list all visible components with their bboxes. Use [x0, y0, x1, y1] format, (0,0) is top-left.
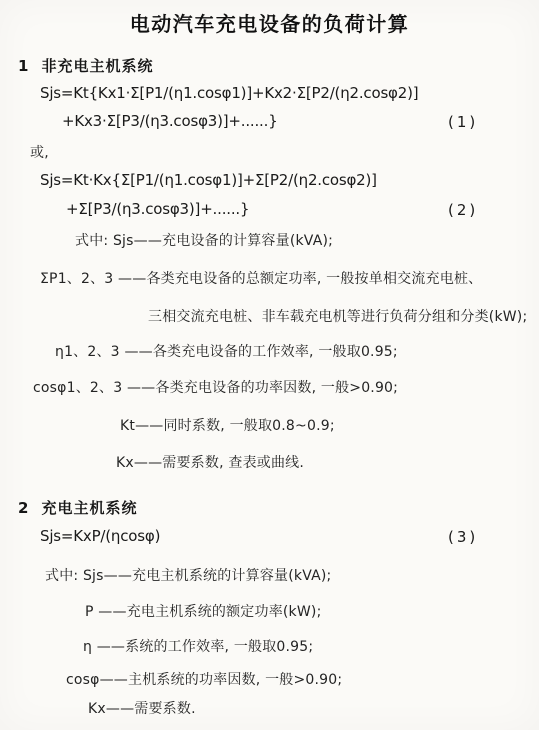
definition-sjs-1: 式中: Sjs——充电设备的计算容量(kVA); — [75, 230, 333, 250]
formula-1-label: (1) — [448, 113, 478, 131]
formula-1-line-2: +Kx3·Σ[P3/(η3.cosφ3)]+......} — [62, 112, 278, 130]
section-2-heading: 2充电主机系统 — [18, 497, 137, 518]
formula-3: Sjs=KxP/(ηcosφ) — [40, 527, 160, 545]
definition-cosphi-2: cosφ——主机系统的功率因数, 一般>0.90; — [66, 669, 342, 689]
page-title: 电动汽车充电设备的负荷计算 — [0, 8, 539, 37]
definition-cosphi-1: cosφ1、2、3 ——各类充电设备的功率因数, 一般>0.90; — [33, 377, 398, 397]
definition-kt: Kt——同时系数, 一般取0.8~0.9; — [120, 415, 335, 435]
section-1-heading-text: 非充电主机系统 — [41, 57, 153, 75]
definition-sigma-p-line-2: 三相交流充电桩、非车载充电机等进行负荷分组和分类(kW); — [148, 306, 527, 326]
definition-eta-2: η ——系统的工作效率, 一般取0.95; — [83, 636, 313, 656]
section-1-number: 1 — [18, 57, 29, 75]
section-2-heading-text: 充电主机系统 — [41, 499, 137, 517]
formula-3-label: (3) — [448, 528, 478, 546]
definition-sigma-p-line-1: ΣP1、2、3 ——各类充电设备的总额定功率, 一般按单相交流充电桩、 — [40, 268, 482, 288]
or-text: 或, — [30, 142, 49, 162]
definition-kx-2: Kx——需要系数. — [88, 698, 196, 718]
formula-2-label: (2) — [448, 201, 478, 219]
definition-kx-1: Kx——需要系数, 查表或曲线. — [116, 452, 304, 472]
section-2-number: 2 — [18, 499, 29, 517]
formula-1-line-1: Sjs=Kt{Kx1·Σ[P1/(η1.cosφ1)]+Kx2·Σ[P2/(η2… — [40, 84, 418, 102]
formula-2-line-1: Sjs=Kt·Kx{Σ[P1/(η1.cosφ1)]+Σ[P2/(η2.cosφ… — [40, 171, 377, 189]
formula-2-line-2: +Σ[P3/(η3.cosφ3)]+......} — [66, 200, 249, 218]
document-page: 电动汽车充电设备的负荷计算 1非充电主机系统 Sjs=Kt{Kx1·Σ[P1/(… — [0, 0, 539, 730]
definition-p: P ——充电主机系统的额定功率(kW); — [85, 601, 321, 621]
section-1-heading: 1非充电主机系统 — [18, 55, 153, 76]
definition-sjs-2: 式中: Sjs——充电主机系统的计算容量(kVA); — [45, 565, 331, 585]
definition-eta-1: η1、2、3 ——各类充电设备的工作效率, 一般取0.95; — [55, 341, 398, 361]
